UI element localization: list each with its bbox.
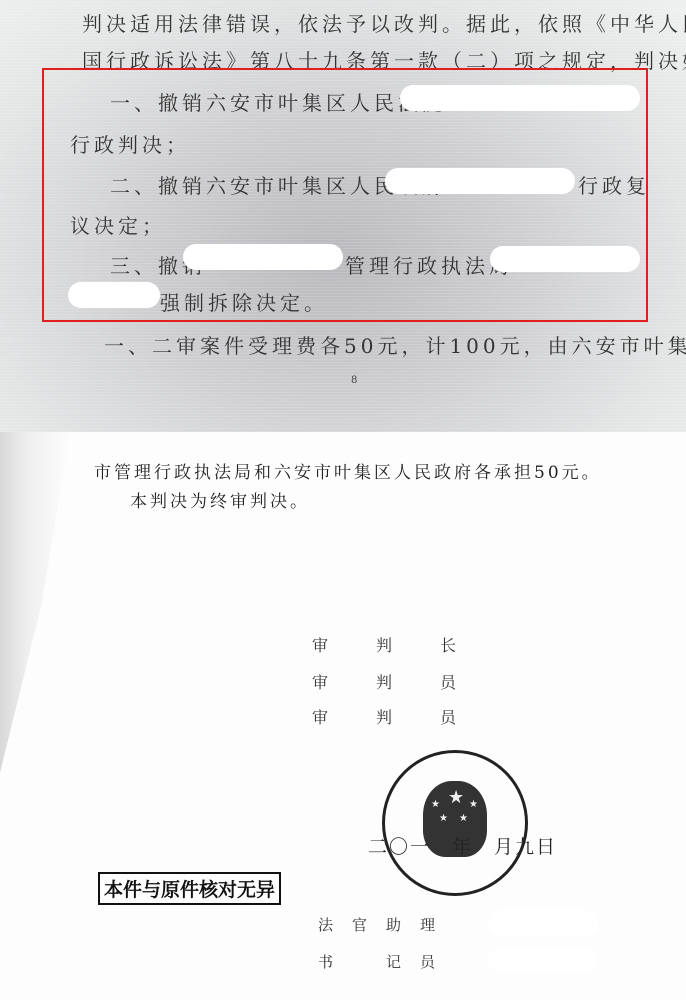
signature-judge: 审 判 员 [312, 670, 504, 693]
signature-judge: 审 判 员 [312, 705, 504, 728]
text-line: 判决适用法律错误，依法予以改判。据此，依照《中华人民共和 [82, 8, 686, 37]
redaction [488, 948, 598, 972]
fee-continuation: 市管理行政执法局和六安市叶集区人民政府各承担50元。 [94, 458, 602, 483]
final-statement: 本判决为终审判决。 [130, 487, 310, 512]
judgment-item-2-tail: 行政复 [578, 170, 650, 199]
judgment-date: 二〇一 年 月九日 [368, 832, 557, 859]
judgment-item-1-cont: 行政判决； [70, 129, 190, 158]
redaction [490, 246, 640, 272]
redaction [488, 910, 598, 936]
certification-stamp: 本件与原件核对无异 [98, 872, 281, 905]
redaction [385, 168, 575, 194]
judgment-item-3-cont: 强制拆除决定。 [160, 287, 328, 316]
signature-chief-judge: 审 判 长 [312, 633, 504, 656]
redaction [183, 244, 343, 270]
judgment-item-2-cont: 议决定； [70, 210, 166, 239]
redaction [68, 282, 160, 308]
page-number: 8 [351, 375, 357, 386]
national-emblem-seal-icon: ★ ★ ★ ★ ★ [382, 750, 528, 896]
signature-judicial-assistant: 法 官 助 理 [318, 914, 454, 935]
fee-line: 一、二审案件受理费各50元，计100元，由六安市叶集区城 [104, 330, 686, 359]
redaction [400, 85, 640, 111]
upper-page-scan: 判决适用法律错误，依法予以改判。据此，依照《中华人民共和 国行政诉讼法》第八十九… [0, 0, 686, 432]
judgment-item-1: 一、撤销六安市叶集区人民法院 [110, 87, 446, 116]
signature-clerk: 书 记 员 [318, 951, 454, 972]
judgment-item-3-middle: 管理行政执法局 [345, 250, 513, 279]
